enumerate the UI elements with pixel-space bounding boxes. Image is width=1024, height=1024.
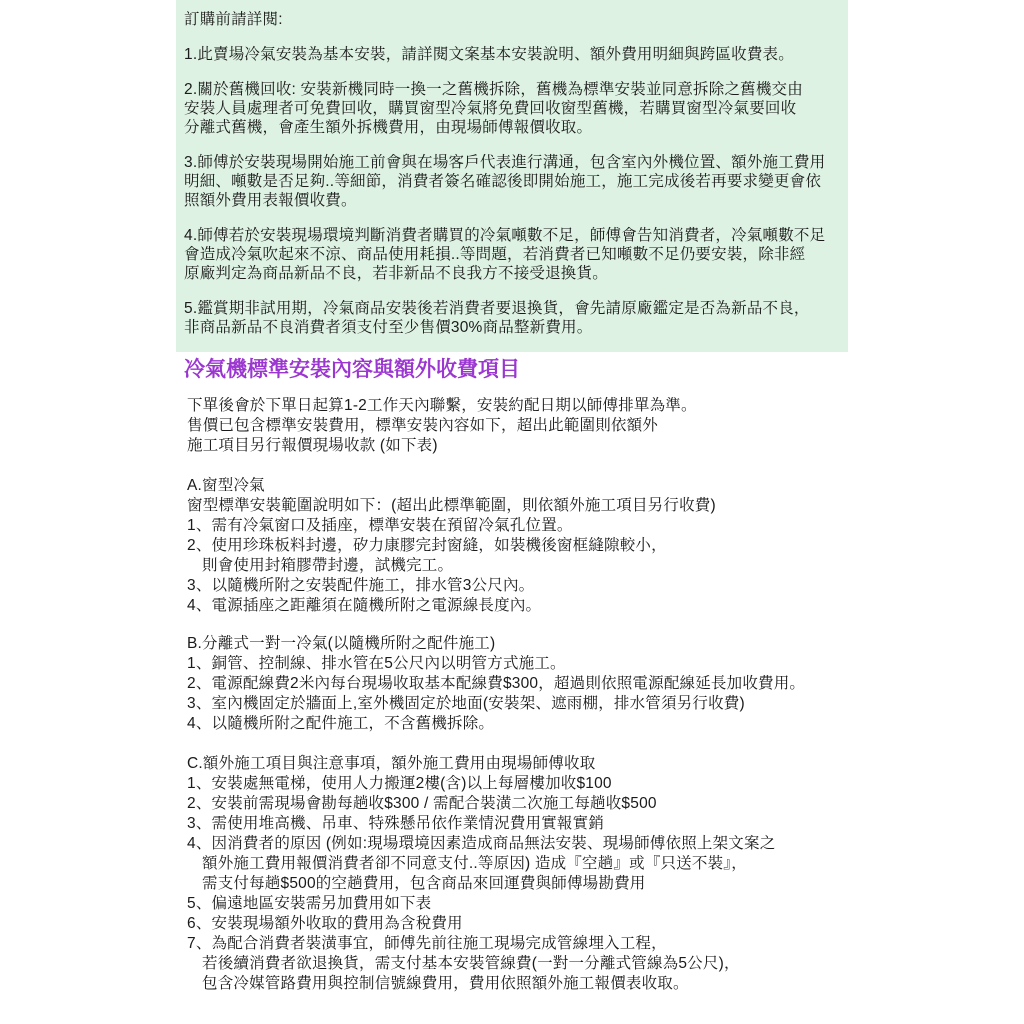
section-line: A.窗型冷氣 xyxy=(187,476,848,496)
notice-paragraph: 2.關於舊機回收: 安裝新機同時一換一之舊機拆除，舊機為標準安裝並同意拆除之舊機… xyxy=(184,80,840,137)
section-line: 5、偏遠地區安裝需另加費用如下表 xyxy=(187,894,848,914)
notice-paragraph: 4.師傅若於安裝現場環境判斷消費者購買的冷氣噸數不足，師傅會告知消費者，冷氣噸數… xyxy=(184,226,840,283)
section-line: 2、使用珍珠板料封邊，矽力康膠完封窗縫，如裝機後窗框縫隙較小， xyxy=(187,536,848,556)
notice-line: 訂購前請詳閱: xyxy=(184,10,840,29)
notice-line: 安裝人員處理者可免費回收，購買窗型冷氣將免費回收窗型舊機，若購買窗型冷氣要回收 xyxy=(184,99,840,118)
intro-block: 下單後會於下單日起算1-2工作天內聯繫，安裝約配日期以師傅排單為準。 售價已包含… xyxy=(187,396,848,456)
section-line: 1、需有冷氣窗口及插座，標準安裝在預留冷氣孔位置。 xyxy=(187,516,848,536)
intro-line: 售價已包含標準安裝費用，標準安裝內容如下，超出此範圍則依額外 xyxy=(187,416,848,436)
notice-line: 原廠判定為商品新品不良，若非新品不良我方不接受退換貨。 xyxy=(184,264,840,283)
notice-line: 照額外費用表報價收費。 xyxy=(184,191,840,210)
section-line: 4、因消費者的原因 (例如:現場環境因素造成商品無法安裝、現場師傅依照上架文案之 xyxy=(187,834,848,854)
notice-box: 訂購前請詳閱: 1.此賣場冷氣安裝為基本安裝，請詳閱文案基本安裝說明、額外費用明… xyxy=(176,0,848,352)
notice-line: 5.鑑賞期非試用期，冷氣商品安裝後若消費者要退換貨，會先請原廠鑑定是否為新品不良… xyxy=(184,299,840,318)
section-line: 3、需使用堆高機、吊車、特殊懸吊依作業情況費用實報實銷 xyxy=(187,814,848,834)
notice-line: 會造成冷氣吹起來不涼、商品使用耗損..等問題，若消費者已知噸數不足仍要安裝，除非… xyxy=(184,245,840,264)
section-line: 7、為配合消費者裝潢事宜，師傅先前往施工現場完成管線埋入工程， xyxy=(187,934,848,954)
section-line: 2、電源配線費2米內每台現場收取基本配線費$300，超過則依照電源配線延長加收費… xyxy=(187,674,848,694)
notice-paragraph: 訂購前請詳閱: xyxy=(184,10,840,29)
section-line: 1、安裝處無電梯，使用人力搬運2樓(含)以上每層樓加收$100 xyxy=(187,774,848,794)
section-line: 窗型標準安裝範圍說明如下：(超出此標準範圍，則依額外施工項目另行收費) xyxy=(187,496,848,516)
section-line: 4、以隨機所附之配件施工，不含舊機拆除。 xyxy=(187,714,848,734)
section-line: B.分離式一對一冷氣(以隨機所附之配件施工) xyxy=(187,634,848,654)
intro-line: 下單後會於下單日起算1-2工作天內聯繫，安裝約配日期以師傅排單為準。 xyxy=(187,396,848,416)
notice-line: 分離式舊機，會產生額外拆機費用，由現場師傅報價收取。 xyxy=(184,118,840,137)
section-line: 額外施工費用報價消費者卻不同意支付..等原因) 造成『空趟』或『只送不裝』， xyxy=(187,854,848,874)
section-line: 1、銅管、控制線、排水管在5公尺內以明管方式施工。 xyxy=(187,654,848,674)
notice-line: 4.師傅若於安裝現場環境判斷消費者購買的冷氣噸數不足，師傅會告知消費者，冷氣噸數… xyxy=(184,226,840,245)
notice-paragraph: 5.鑑賞期非試用期，冷氣商品安裝後若消費者要退換貨，會先請原廠鑑定是否為新品不良… xyxy=(184,299,840,337)
installation-terms-document: 訂購前請詳閱: 1.此賣場冷氣安裝為基本安裝，請詳閱文案基本安裝說明、額外費用明… xyxy=(176,0,848,994)
notice-line: 1.此賣場冷氣安裝為基本安裝，請詳閱文案基本安裝說明、額外費用明細與跨區收費表。 xyxy=(184,45,840,64)
notice-paragraph: 3.師傅於安裝現場開始施工前會與在場客戶代表進行溝通，包含室內外機位置、額外施工… xyxy=(184,153,840,210)
section-line: 6、安裝現場額外收取的費用為含稅費用 xyxy=(187,914,848,934)
section-line: C.額外施工項目與注意事項，額外施工費用由現場師傅收取 xyxy=(187,754,848,774)
notice-line: 非商品新品不良消費者須支付至少售價30%商品整新費用。 xyxy=(184,318,840,337)
notice-line: 3.師傅於安裝現場開始施工前會與在場客戶代表進行溝通，包含室內外機位置、額外施工… xyxy=(184,153,840,172)
section-line: 需支付每趟$500的空趟費用，包含商品來回運費與師傅場勘費用 xyxy=(187,874,848,894)
section-line: 若後續消費者欲退換貨，需支付基本安裝管線費(一對一分離式管線為5公尺)， xyxy=(187,954,848,974)
notice-paragraph: 1.此賣場冷氣安裝為基本安裝，請詳閱文案基本安裝說明、額外費用明細與跨區收費表。 xyxy=(184,45,840,64)
section-heading: 冷氣機標準安裝內容與額外收費項目 xyxy=(184,358,848,382)
section-b-split-type: B.分離式一對一冷氣(以隨機所附之配件施工) 1、銅管、控制線、排水管在5公尺內… xyxy=(187,634,848,734)
section-line: 3、以隨機所附之安裝配件施工，排水管3公尺內。 xyxy=(187,576,848,596)
notice-line: 明細、噸數是否足夠..等細節，消費者簽名確認後即開始施工，施工完成後若再要求變更… xyxy=(184,172,840,191)
section-line: 3、室內機固定於牆面上,室外機固定於地面(安裝架、遮雨棚，排水管須另行收費) xyxy=(187,694,848,714)
section-line: 2、安裝前需現場會勘每趟收$300 / 需配合裝潢二次施工每趟收$500 xyxy=(187,794,848,814)
notice-line: 2.關於舊機回收: 安裝新機同時一換一之舊機拆除，舊機為標準安裝並同意拆除之舊機… xyxy=(184,80,840,99)
section-a-window-type: A.窗型冷氣 窗型標準安裝範圍說明如下：(超出此標準範圍，則依額外施工項目另行收… xyxy=(187,476,848,616)
section-line: 則會使用封箱膠帶封邊，試機完工。 xyxy=(187,556,848,576)
section-c-extra-fees: C.額外施工項目與注意事項，額外施工費用由現場師傅收取 1、安裝處無電梯，使用人… xyxy=(187,754,848,994)
intro-line: 施工項目另行報價現場收款 (如下表) xyxy=(187,436,848,456)
section-line: 包含冷媒管路費用與控制信號線費用，費用依照額外施工報價表收取。 xyxy=(187,974,848,994)
section-line: 4、電源插座之距離須在隨機所附之電源線長度內。 xyxy=(187,596,848,616)
